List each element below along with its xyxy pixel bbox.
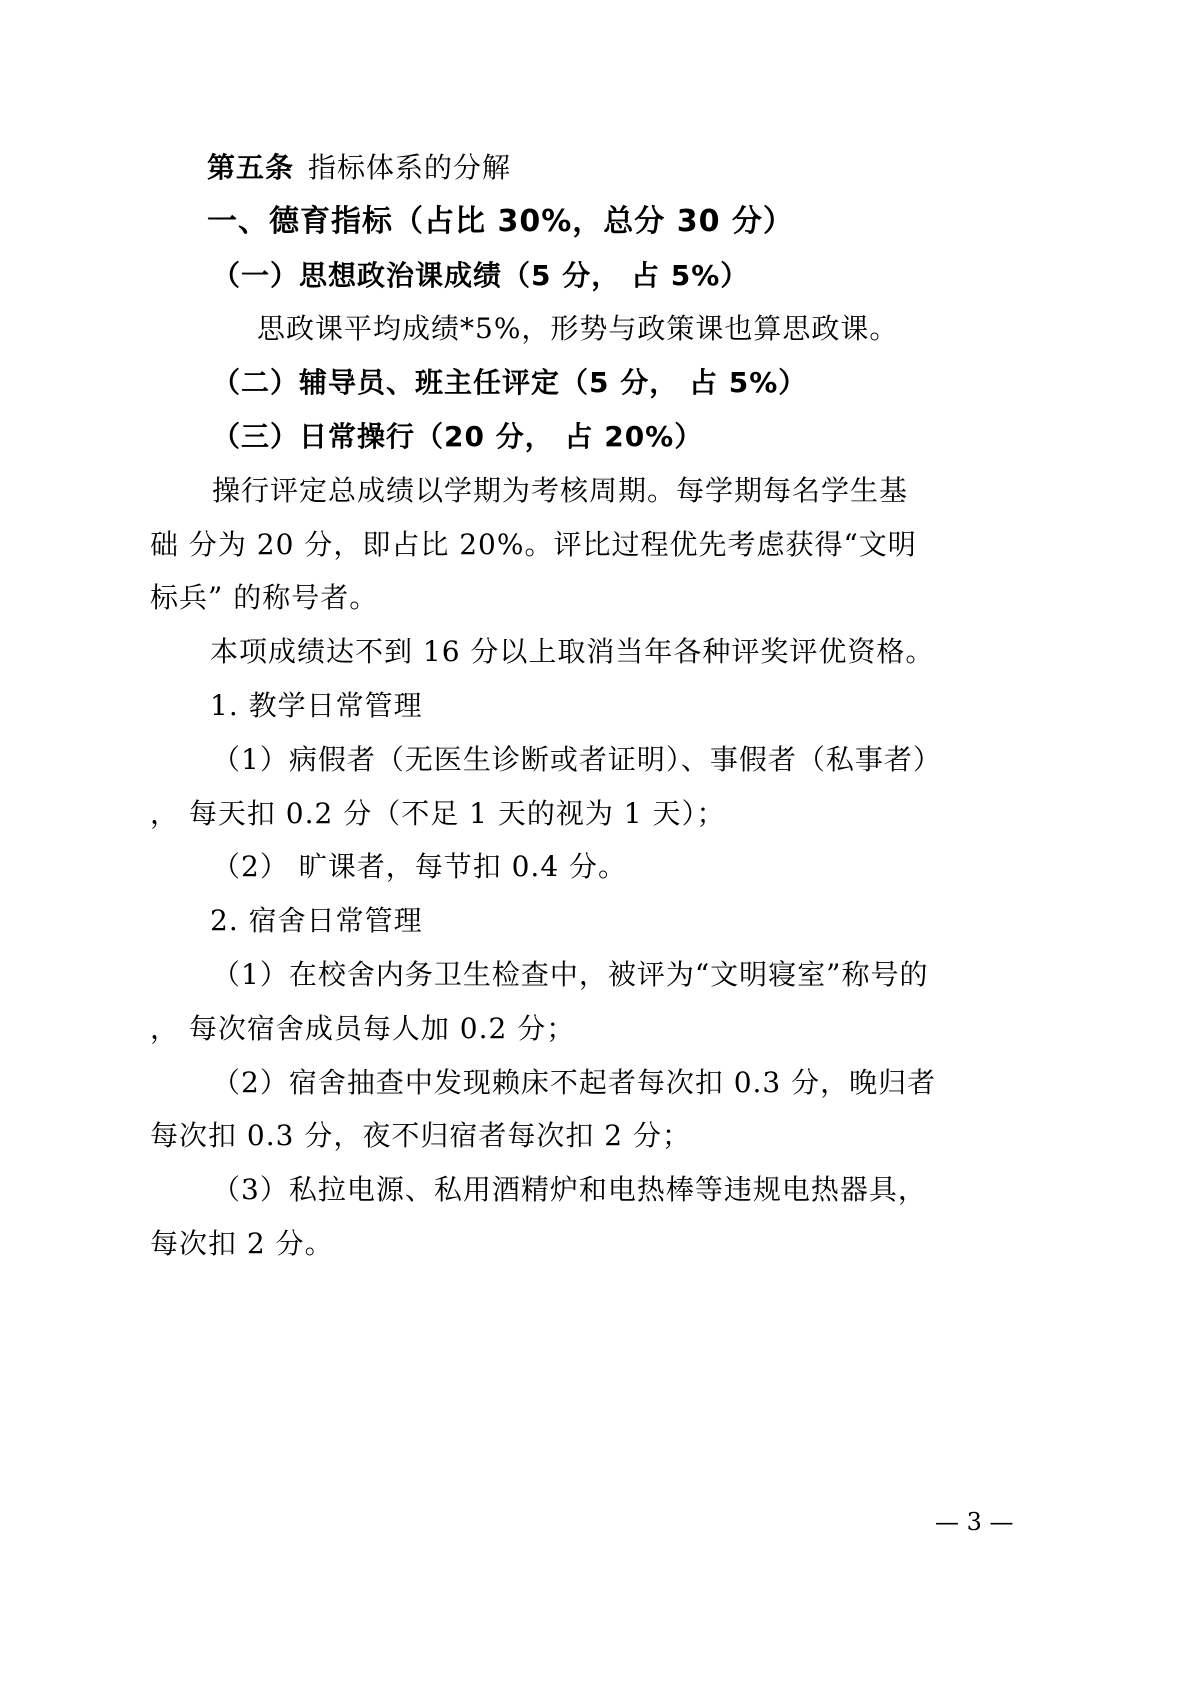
paragraph-line: （2）宿舍抽查中发现赖床不起者每次扣 0.3 分，晚归者 xyxy=(212,1065,936,1101)
article-title: 指标体系的分解 xyxy=(308,151,511,184)
paragraph-line: ， 每天扣 0.2 分（不足 1 天的视为 1 天）； xyxy=(150,796,725,832)
paragraph-line: （3）私拉电源、私用酒精炉和电热棒等违规电热器具， xyxy=(212,1172,927,1208)
paragraph-line: 思政课平均成绩*5%，形势与政策课也算思政课。 xyxy=(257,311,898,347)
section-heading: 一、德育指标（占比 30%，总分 30 分） xyxy=(207,204,794,240)
item-heading-2: 2. 宿舍日常管理 xyxy=(210,903,423,939)
article-heading: 第五条指标体系的分解 xyxy=(207,150,511,186)
paragraph-line: 础 分为 20 分，即占比 20%。评比过程优先考虑获得“文明 xyxy=(150,527,917,563)
paragraph-line: 标兵” 的称号者。 xyxy=(150,580,378,616)
subsection-heading-1: （一）思想政治课成绩（5 分， 占 5%） xyxy=(212,258,749,294)
subsection-heading-3: （三）日常操行（20 分， 占 20%） xyxy=(212,419,703,455)
paragraph-line: （1）病假者（无医生诊断或者证明）、事假者（私事者） xyxy=(212,742,942,778)
paragraph-line: （2） 旷课者，每节扣 0.4 分。 xyxy=(212,849,627,885)
paragraph-line: 操行评定总成绩以学期为考核周期。每学期每名学生基 xyxy=(212,473,908,509)
document-page: 第五条指标体系的分解 一、德育指标（占比 30%，总分 30 分） （一）思想政… xyxy=(0,0,1191,1684)
item-heading-1: 1. 教学日常管理 xyxy=(210,688,423,724)
paragraph-line: （1）在校舍内务卫生检查中，被评为“文明寝室”称号的 xyxy=(212,957,928,993)
subsection-heading-2: （二）辅导员、班主任评定（5 分， 占 5%） xyxy=(212,365,807,401)
article-label: 第五条 xyxy=(207,151,294,184)
paragraph-line: 本项成绩达不到 16 分以上取消当年各种评奖评优资格。 xyxy=(210,634,934,670)
paragraph-line: ， 每次宿舍成员每人加 0.2 分； xyxy=(150,1011,575,1047)
page-number: — 3 — xyxy=(935,1507,1014,1537)
paragraph-line: 每次扣 2 分。 xyxy=(150,1226,334,1262)
paragraph-line: 每次扣 0.3 分，夜不归宿者每次扣 2 分； xyxy=(150,1118,691,1154)
